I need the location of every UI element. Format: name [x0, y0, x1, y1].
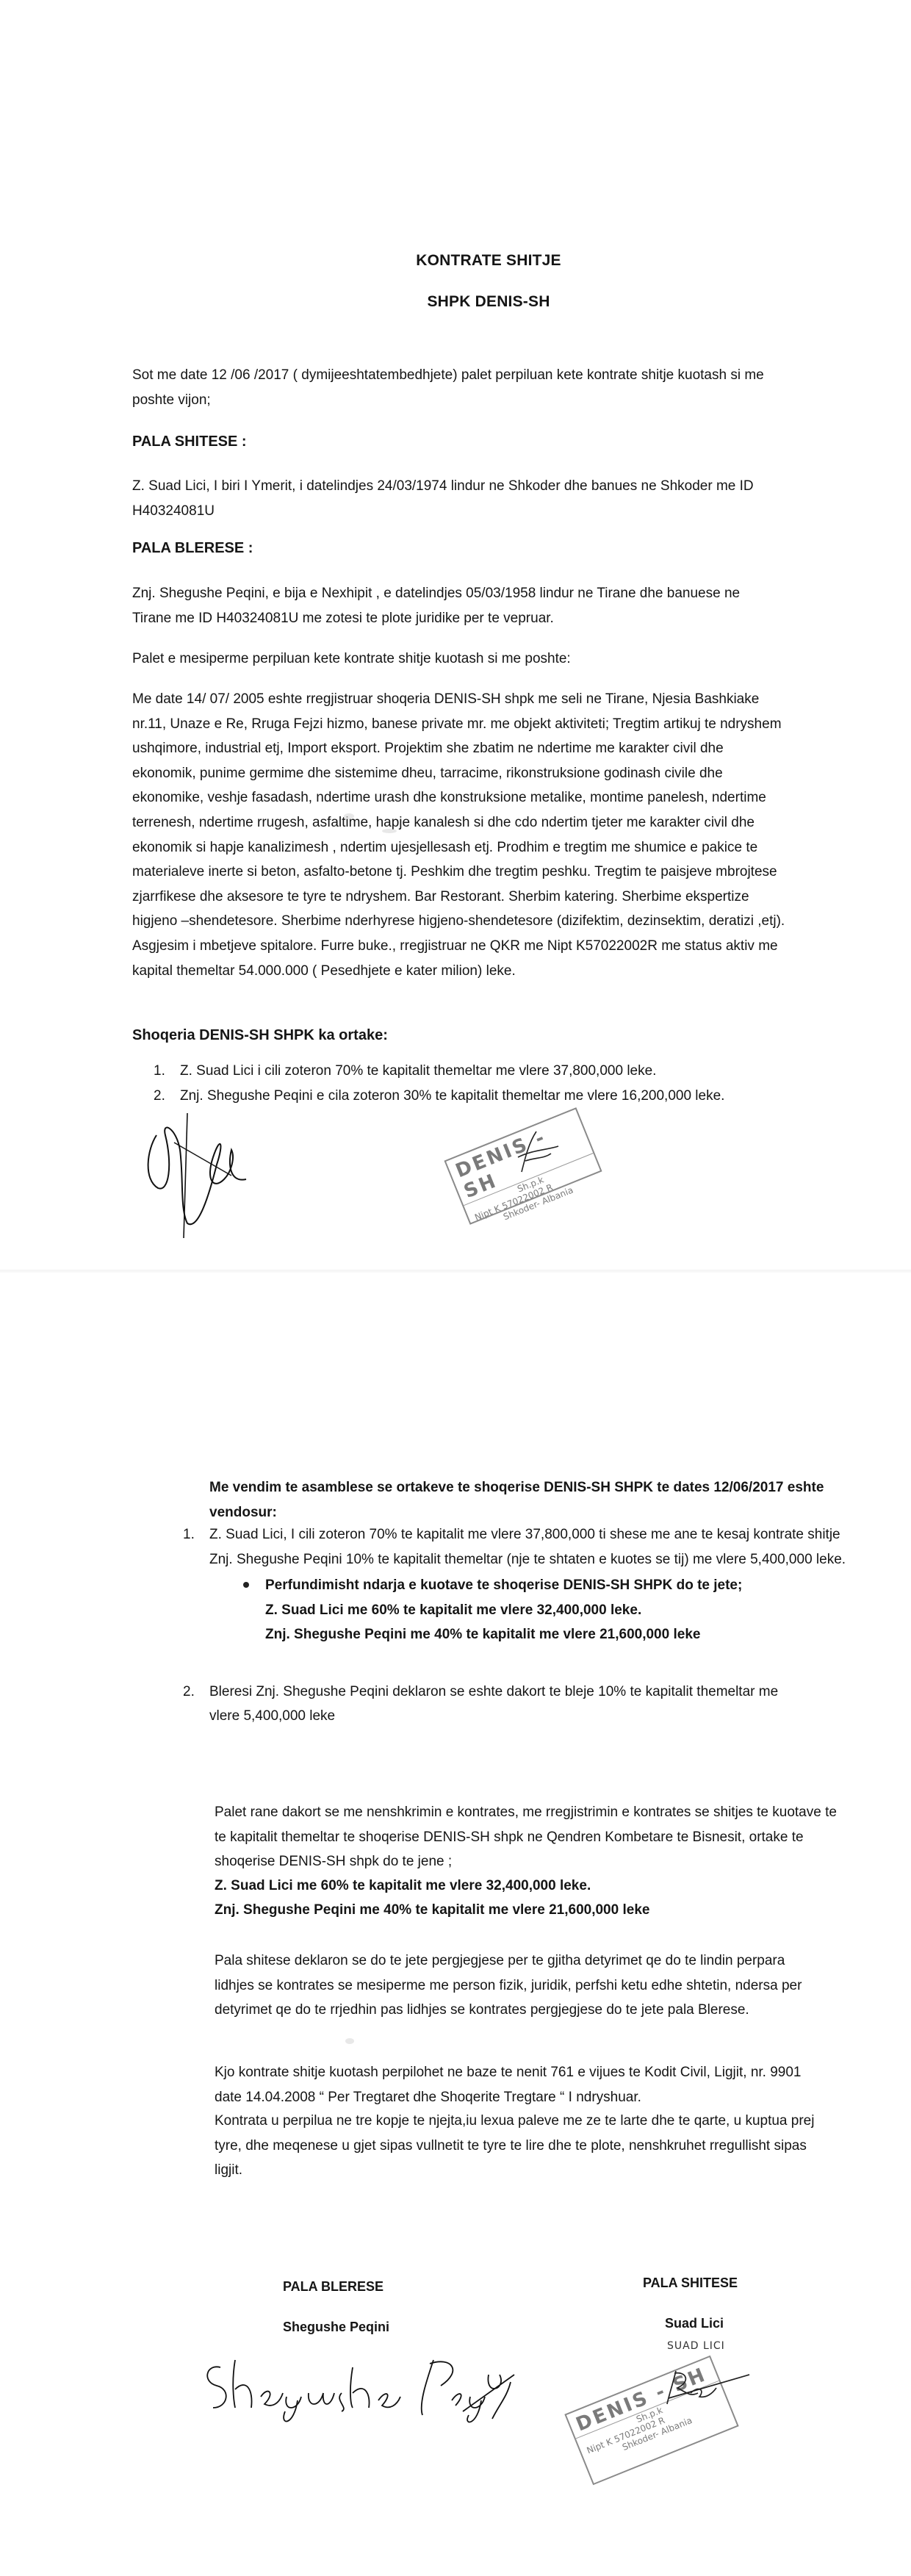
seller-signature-name: Suad Lici — [665, 2316, 724, 2331]
decisions-list: 1. Z. Suad Lici, I cili zoteron 70% te k… — [209, 1522, 849, 1729]
buyer-signature — [198, 2345, 551, 2433]
final-share-line: Znj. Shegushe Peqini me 40% te kapitalit… — [215, 1898, 839, 1923]
partners-heading: Shoqeria DENIS-SH SHPK ka ortake: — [132, 1027, 388, 1044]
buyer-heading: PALA BLERESE : — [132, 540, 253, 557]
contract-page-1: KONTRATE SHITJE SHPK DENIS-SH Sot me dat… — [0, 0, 911, 1271]
legal-basis-paragraph: Kjo kontrate shitje kuotash perpilohet n… — [215, 2060, 824, 2109]
partners-list: 1. Z. Suad Lici i cili zoteron 70% te ka… — [180, 1059, 841, 1108]
closing-paragraph: Kontrata u perpilua ne tre kopje te njej… — [215, 2109, 824, 2183]
parties-paragraph: Palet e mesiperme perpiluan kete kontrat… — [132, 647, 779, 672]
partner-item: 2. Znj. Shegushe Peqini e cila zoteron 3… — [180, 1084, 841, 1109]
final-split-bullet: Perfundimisht ndarja e kuotave te shoqer… — [265, 1573, 849, 1598]
decision-intro: Me vendim te asamblese se ortakeve te sh… — [209, 1475, 841, 1525]
document-subtitle: SHPK DENIS-SH — [33, 293, 911, 311]
bullet-icon — [243, 1582, 249, 1588]
agreement-paragraph: Palet rane dakort se me nenshkrimin e ko… — [215, 1800, 839, 1874]
seller-signature-label: PALA SHITESE — [643, 2275, 738, 2291]
buyer-details: Znj. Shegushe Peqini, e bija e Nexhipit … — [132, 581, 779, 630]
buyer-signature-name: Shegushe Peqini — [283, 2320, 389, 2335]
scan-smudge — [344, 813, 354, 819]
intro-paragraph: Sot me date 12 /06 /2017 ( dymijeeshtate… — [132, 363, 793, 412]
decision-item: 1. Z. Suad Lici, I cili zoteron 70% te k… — [209, 1522, 849, 1572]
liability-paragraph: Pala shitese deklaron se do te jete perg… — [215, 1949, 824, 2023]
scan-smudge — [382, 829, 397, 833]
partner-item: 1. Z. Suad Lici i cili zoteron 70% te ka… — [180, 1059, 841, 1084]
company-description: Me date 14/ 07/ 2005 eshte rregjistruar … — [132, 687, 786, 983]
decision-item: 2. Bleresi Znj. Shegushe Peqini deklaron… — [209, 1680, 782, 1729]
contract-page-2: Me vendim te asamblese se ortakeve te sh… — [0, 1273, 911, 2576]
split-line: Znj. Shegushe Peqini me 40% te kapitalit… — [265, 1622, 849, 1647]
seller-signature — [143, 1106, 261, 1253]
document-title: KONTRATE SHITJE — [33, 252, 911, 270]
seller-signature — [647, 2353, 757, 2411]
stamp-initials-signature — [507, 1128, 566, 1179]
buyer-signature-label: PALA BLERESE — [283, 2279, 384, 2295]
seller-details: Z. Suad Lici, I biri I Ymerit, i datelin… — [132, 474, 779, 523]
final-share-line: Z. Suad Lici me 60% te kapitalit me vler… — [215, 1874, 839, 1899]
seller-handwritten-name: SUAD LICI — [667, 2340, 725, 2352]
split-line: Z. Suad Lici me 60% te kapitalit me vler… — [265, 1598, 849, 1623]
scan-smudge — [345, 2038, 354, 2044]
seller-heading: PALA SHITESE : — [132, 433, 247, 450]
